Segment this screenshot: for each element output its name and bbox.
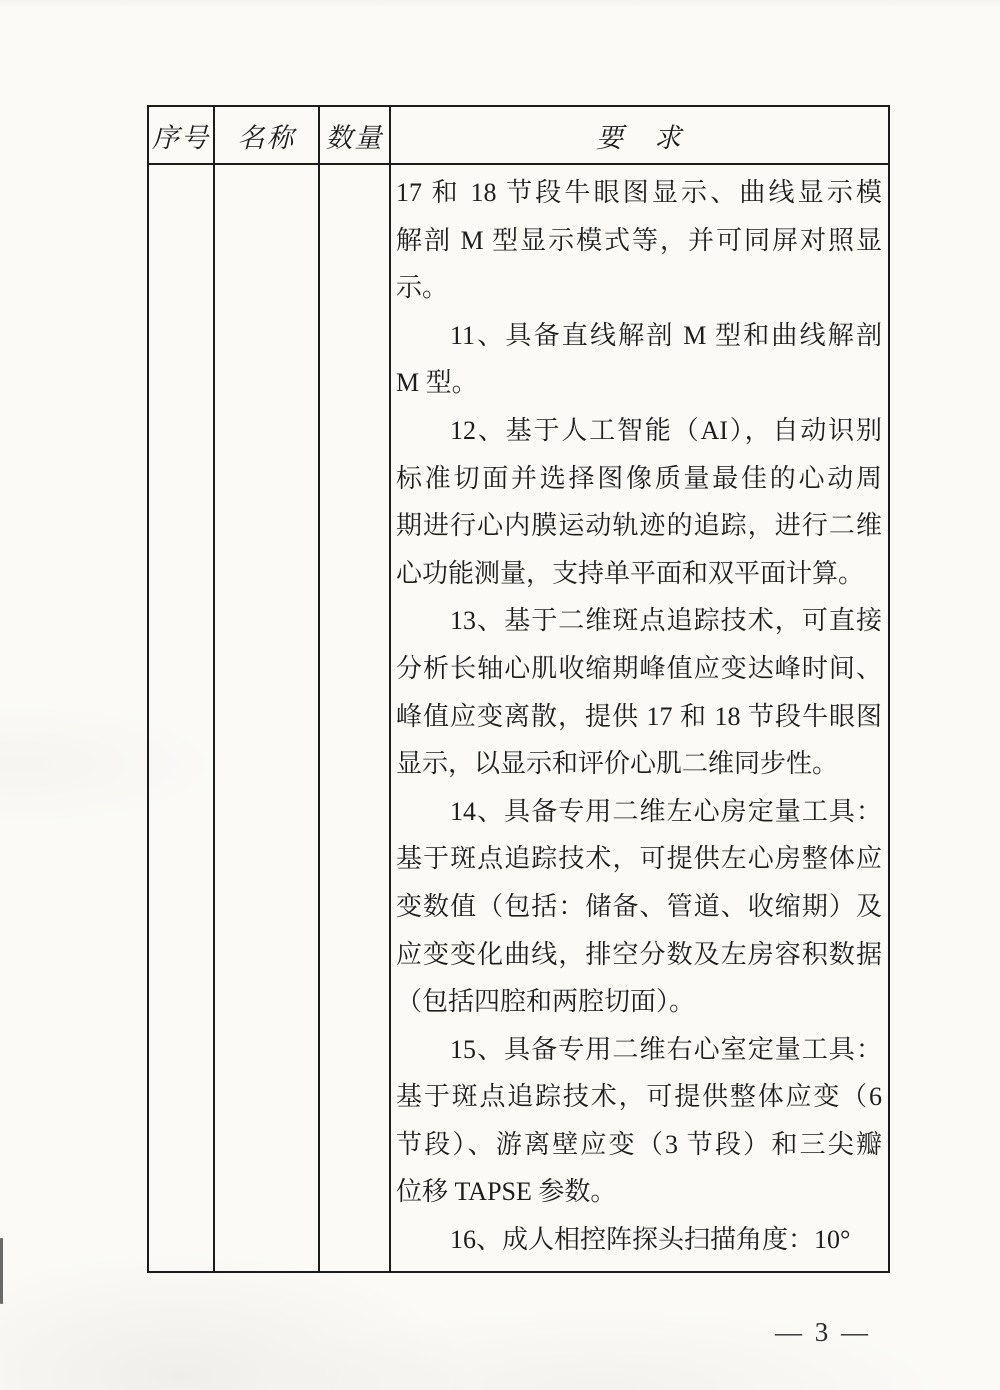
column-header-name: 名称 (215, 107, 320, 165)
requirement-line: 节段）、游离壁应变（3 节段）和三尖瓣 (396, 1121, 882, 1169)
requirement-line: 标准切面并选择图像质量最佳的心动周 (396, 455, 882, 503)
requirement-line: 12、基于人工智能（AI），自动识别 (396, 407, 882, 455)
requirement-line: M 型。 (396, 359, 882, 407)
requirement-line: 解剖 M 型显示模式等，并可同屏对照显 (396, 217, 882, 265)
cell-requirements: 17 和 18 节段牛眼图显示、曲线显示模式、解剖 M 型显示模式等，并可同屏对… (391, 165, 888, 1271)
cell-seq (149, 165, 215, 1271)
requirement-line: 位移 TAPSE 参数。 (396, 1168, 882, 1216)
cell-name (215, 165, 320, 1271)
requirement-line: 分析长轴心肌收缩期峰值应变达峰时间、 (396, 645, 882, 693)
requirement-line: （包括四腔和两腔切面）。 (396, 978, 882, 1026)
requirement-line: 14、具备专用二维左心房定量工具： (396, 788, 882, 836)
page-number: — 3 — (758, 1317, 888, 1348)
requirement-line: 基于斑点追踪技术，可提供整体应变（6 (396, 1073, 882, 1121)
requirement-line: 17 和 18 节段牛眼图显示、曲线显示模式、 (396, 169, 882, 217)
requirement-line: 应变变化曲线，排空分数及左房容积数据 (396, 931, 882, 979)
requirement-line: 峰值应变离散，提供 17 和 18 节段牛眼图 (396, 693, 882, 741)
requirement-line: 显示，以显示和评价心肌二维同步性。 (396, 740, 882, 788)
cell-qty (320, 165, 391, 1271)
scanned-document-page: 序号 名称 数量 要 求 17 和 18 节段牛眼图显示、曲线显示模式、解剖 M… (0, 0, 1000, 1390)
requirement-line: 示。 (396, 264, 882, 312)
column-header-seq: 序号 (149, 107, 215, 165)
requirement-line: 心功能测量，支持单平面和双平面计算。 (396, 550, 882, 598)
requirement-line: 11、具备直线解剖 M 型和曲线解剖 (396, 312, 882, 360)
requirement-line: 变数值（包括：储备、管道、收缩期）及 (396, 883, 882, 931)
requirement-line: 13、基于二维斑点追踪技术，可直接 (396, 597, 882, 645)
requirement-line: 16、成人相控阵探头扫描角度：10° (396, 1216, 882, 1264)
requirement-line: 期进行心内膜运动轨迹的追踪，进行二维 (396, 502, 882, 550)
scan-edge-artifact (0, 1238, 3, 1304)
requirement-line: 15、具备专用二维右心室定量工具： (396, 1026, 882, 1074)
equipment-spec-table: 序号 名称 数量 要 求 17 和 18 节段牛眼图显示、曲线显示模式、解剖 M… (147, 105, 890, 1273)
column-header-requirements: 要 求 (391, 107, 888, 165)
column-header-qty: 数量 (320, 107, 391, 165)
requirement-line: 基于斑点追踪技术，可提供左心房整体应 (396, 835, 882, 883)
